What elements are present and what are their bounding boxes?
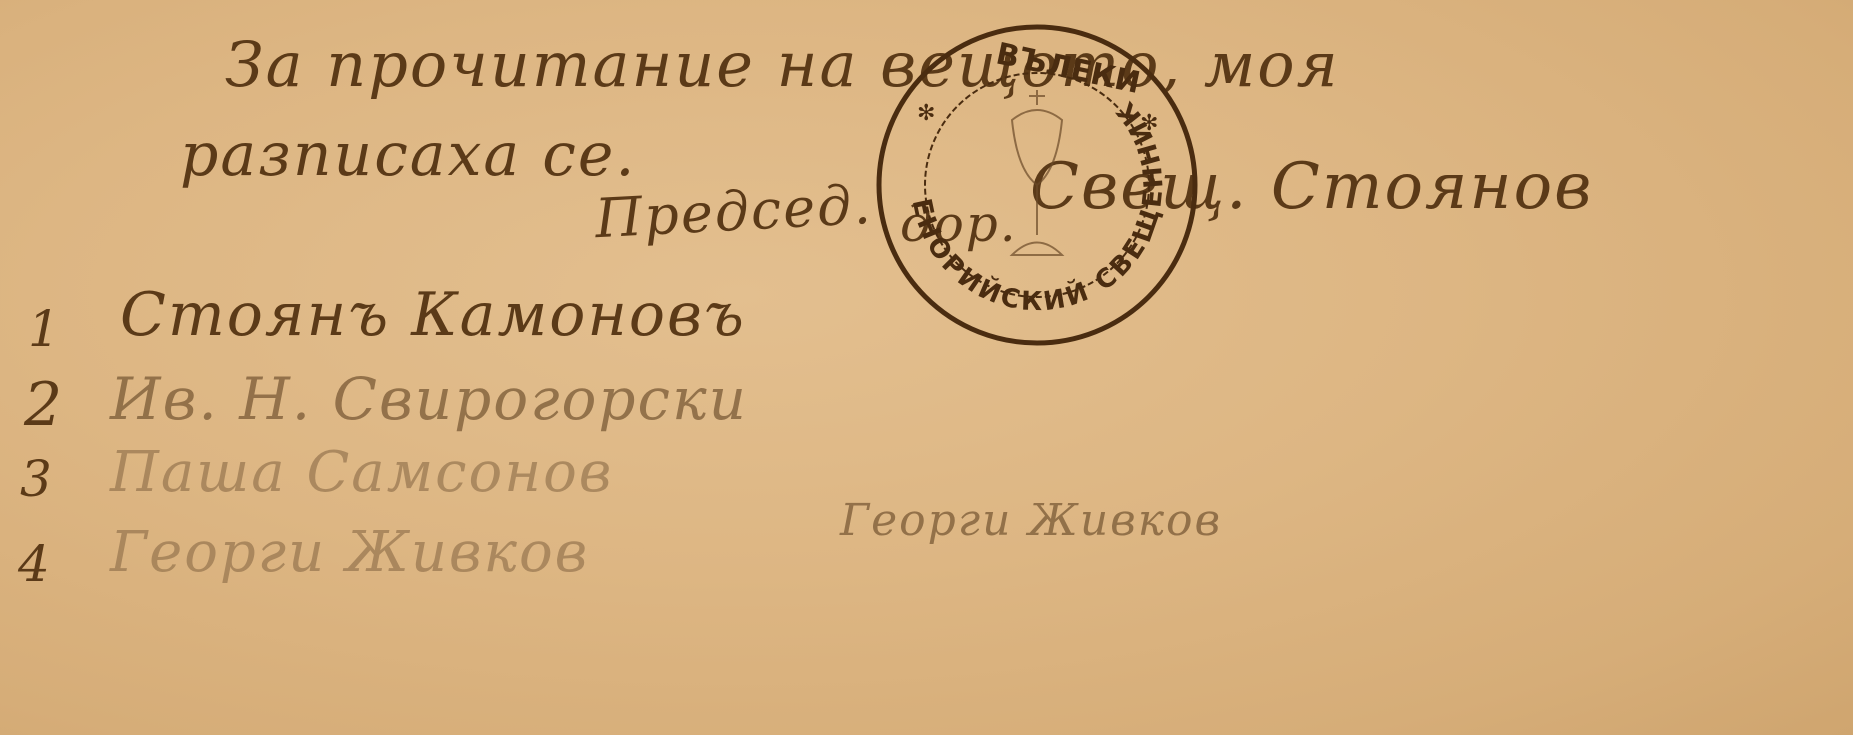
row-number-4: 4 [18, 535, 50, 593]
row-number-1: 1 [28, 300, 60, 358]
text-line-2: разписаха се. [180, 120, 636, 190]
row-number-2: 2 [24, 370, 62, 440]
svg-text:ВЪЛЕКИ: ВЪЛЕКИ [993, 36, 1143, 101]
text-line-3-prefix: Председ. [594, 173, 874, 250]
signatory-4-extra: Георги Живков [840, 495, 1222, 546]
svg-text:✻: ✻ [1140, 111, 1158, 136]
row-number-3: 3 [20, 450, 52, 508]
svg-text:✻: ✻ [917, 101, 935, 126]
signatory-4: Георги Живков [110, 520, 589, 585]
signatory-1: Стоянъ Камоновъ [120, 280, 746, 350]
parish-priest-stamp: ЕНОРИЙСКИЙ СВЕЩЕННИК ВЪЛЕКИ ✻ ✻ [872, 20, 1202, 350]
document-photo: За прочитание на вещото, моя разписаха с… [0, 0, 1853, 735]
signatory-2: Ив. Н. Свирогорски [110, 365, 748, 433]
signatory-3: Паша Самсонов [110, 440, 613, 505]
